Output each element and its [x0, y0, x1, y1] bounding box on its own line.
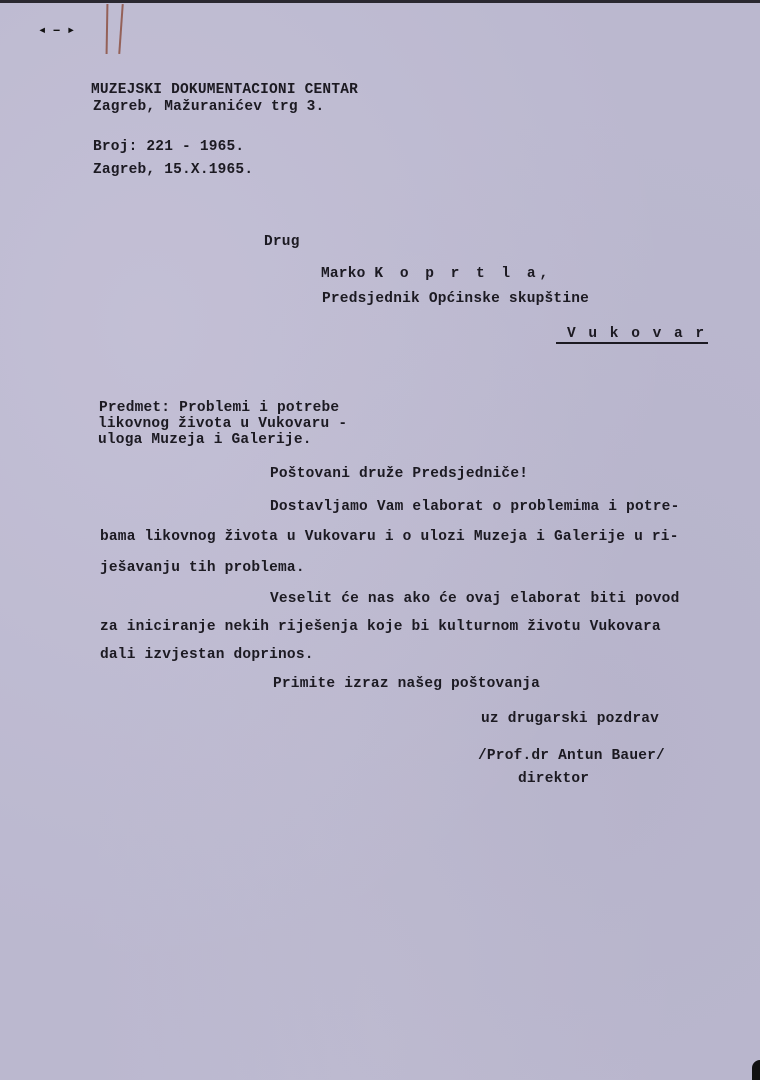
subject-line-2: likovnog života u Vukovaru - [98, 416, 347, 432]
hole-punch-mark-icon: ◂–▸ [38, 22, 81, 39]
recipient-title: Drug [264, 234, 300, 250]
staple-mark [106, 4, 109, 54]
recipient-position: Predsjednik Općinske skupštine [322, 291, 589, 307]
closing: Primite izraz našeg poštovanja [273, 676, 540, 692]
paragraph-2-line-1: Veselit će nas ako će ovaj elaborat biti… [270, 591, 679, 607]
paragraph-1-line-3: ješavanju tih problema. [100, 560, 305, 576]
scan-top-edge [0, 0, 760, 3]
recipient-first-name: Marko [321, 266, 366, 282]
recipient-city: V u k o v a r [567, 326, 706, 342]
reference-number: Broj: 221 - 1965. [93, 139, 244, 155]
greeting: Poštovani druže Predsjedniče! [270, 466, 528, 482]
paragraph-2-line-3: dali izvjestan doprinos. [100, 647, 314, 663]
organization-name: MUZEJSKI DOKUMENTACIONI CENTAR [91, 82, 358, 98]
recipient-last-name: K o p r t l a, [374, 266, 552, 282]
subject-line-1: Predmet: Problemi i potrebe [99, 400, 339, 416]
organization-address: Zagreb, Mažuranićev trg 3. [93, 99, 324, 115]
regards: uz drugarski pozdrav [481, 711, 659, 727]
staple-mark [118, 4, 123, 54]
recipient-name: Marko K o p r t l a, [321, 266, 552, 282]
paragraph-1-line-2: bama likovnog života u Vukovaru i o uloz… [100, 529, 679, 545]
signatory-title: direktor [518, 771, 589, 787]
paragraph-1-line-1: Dostavljamo Vam elaborat o problemima i … [270, 499, 679, 515]
letter-page: ◂–▸ MUZEJSKI DOKUMENTACIONI CENTAR Zagre… [0, 0, 760, 1080]
city-underline [556, 342, 708, 344]
paragraph-2-line-2: za iniciranje nekih riješenja koje bi ku… [100, 619, 661, 635]
scan-corner-mark [752, 1060, 760, 1080]
signatory-name: /Prof.dr Antun Bauer/ [478, 748, 665, 764]
place-date: Zagreb, 15.X.1965. [93, 162, 253, 178]
subject-line-3: uloga Muzeja i Galerije. [98, 432, 312, 448]
